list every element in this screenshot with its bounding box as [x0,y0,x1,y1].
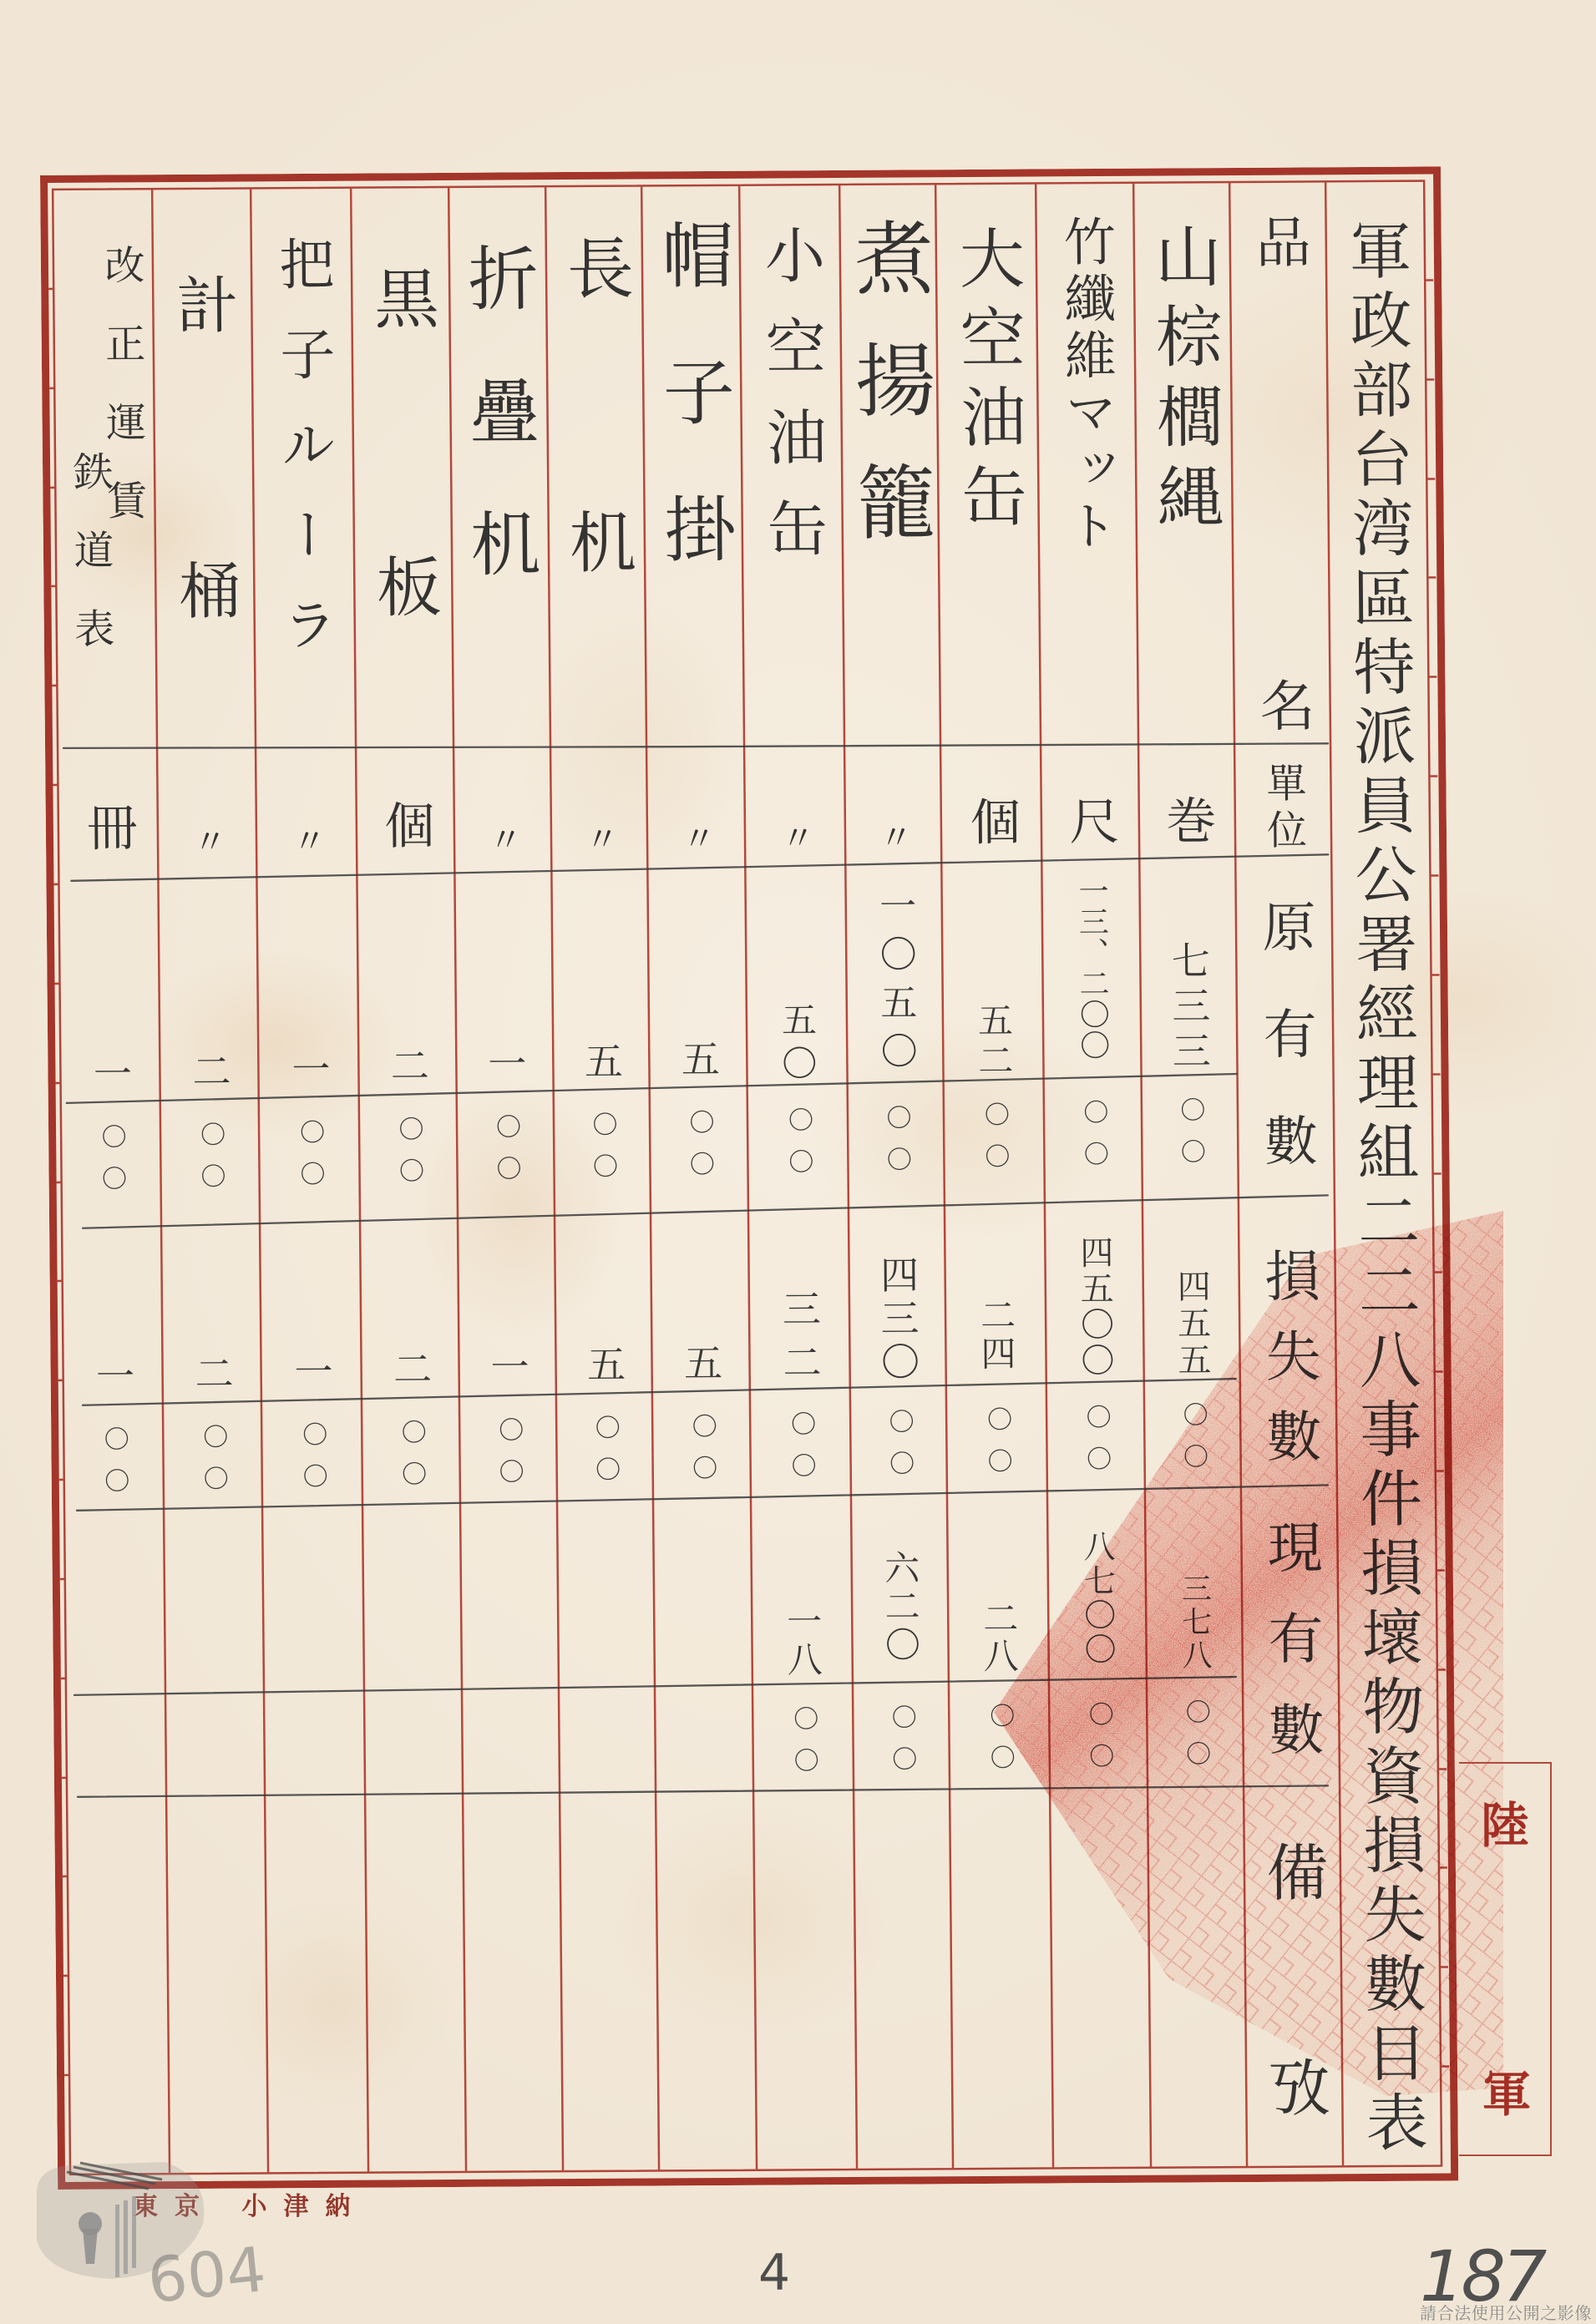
header-remarks: 備攷 [1261,1840,1327,2271]
current-qty-main: 六二〇 [882,1549,918,1664]
item-unit: 冊 [83,801,134,851]
loss-qty-main: 二 [391,1349,429,1387]
original-qty-main: 一 [91,1053,129,1091]
original-qty-fraction: 〇〇 [1080,1099,1106,1182]
loss-qty-fraction: 〇〇 [398,1419,424,1502]
original-qty-main: 七三三 [1169,940,1208,1076]
original-qty-fraction: 〇〇 [493,1113,519,1197]
item-unit-ditto: 〃 [290,823,323,857]
current-qty-fraction: 〇〇 [986,1703,1012,1786]
loss-qty-main: 一 [291,1351,330,1390]
item-unit-ditto: 〃 [190,824,224,858]
header-original-qty: 原有數 [1257,899,1313,1219]
original-qty-main: 五 [582,1041,621,1080]
item-name: 山棕櫚縄 [1148,221,1218,543]
item-name: 煮揚籠 [848,216,931,583]
loss-qty-fraction: 〇〇 [984,1406,1010,1490]
loss-qty-fraction: 〇〇 [299,1421,325,1505]
loss-qty-main: 二 [192,1354,231,1392]
item-unit-ditto: 〃 [778,820,812,853]
army-box-char-bottom: 軍 [1482,2070,1531,2119]
header-loss-qty: 損失數 [1259,1247,1317,1487]
original-qty-fraction: 〇〇 [98,1123,124,1207]
original-qty-main: 一 [485,1043,524,1081]
item-name: 小空油缶 [760,224,823,588]
item-name: 把子ルーラ [274,235,333,686]
original-qty-fraction: 〇〇 [589,1111,615,1195]
pencil-number-left: 604 [145,2239,269,2312]
loss-qty-fraction: 〇〇 [689,1413,715,1496]
loss-qty-main: 五 [585,1344,623,1383]
header-unit: 單位 [1263,762,1304,856]
item-unit-ditto: 〃 [486,822,519,855]
item-name: 竹纖維マット [1059,215,1114,555]
current-qty-main: 八七〇〇 [1081,1530,1113,1667]
original-qty-main: 二 [388,1046,427,1084]
item-unit-ditto: 〃 [679,821,712,854]
current-qty-fraction: 〇〇 [889,1704,915,1788]
item-unit: 巻 [1162,794,1213,844]
original-qty-main: 五二 [975,1002,1011,1082]
item-unit: 尺 [1065,795,1116,845]
original-qty-fraction: 〇〇 [296,1119,322,1203]
loss-qty-main: 五 [681,1343,720,1381]
current-qty-fraction: 〇〇 [1086,1701,1112,1785]
archive-number: 187 [1420,2241,1543,2311]
army-box-char-top: 陸 [1481,1801,1529,1850]
original-qty-fraction: 〇〇 [197,1121,223,1205]
item-unit: 個 [380,799,431,849]
army-seal-box: 陸 軍 [1459,1762,1552,2156]
page-number: 4 [758,2248,790,2298]
item-unit-ditto: 〃 [582,822,616,855]
original-qty-main: 五 [679,1039,717,1077]
current-qty-main: 一八 [784,1602,820,1679]
item-name: 長机 [560,234,632,782]
loss-qty-main: 四五〇〇 [1077,1235,1112,1379]
original-qty-main: 二 [190,1051,228,1090]
loss-qty-fraction: 〇〇 [886,1409,912,1492]
loss-qty-main: 四三〇 [878,1254,917,1385]
loss-qty-main: 一 [94,1355,132,1394]
item-name: 計桶 [171,273,238,844]
loss-qty-main: 三二 [780,1289,819,1395]
item-name: 大空油缶 [954,225,1021,542]
original-qty-main: 一三、二〇〇 [1076,875,1107,1061]
document-title: 軍政部台湾區特派員公署經理組二二八事件損壞物資損失數目表 [1345,219,1423,2159]
loss-qty-fraction: 〇〇 [592,1415,618,1498]
item-name: 帽子掛 [655,218,730,630]
header-current-qty: 現有數 [1262,1518,1320,1791]
ruled-form: 軍政部台湾區特派員公署經理組二二八事件損壞物資損失數目表 品名 單位 原有數 損… [40,166,1458,2190]
original-qty-fraction: 〇〇 [1177,1096,1203,1180]
loss-qty-fraction: 〇〇 [1179,1401,1205,1485]
original-qty-main: 一 [289,1049,327,1087]
loss-qty-fraction: 〇〇 [788,1410,813,1494]
current-qty-main: 二八 [980,1600,1016,1675]
form-ruling [40,166,1458,2190]
original-qty-main: 一〇五〇 [875,886,914,1080]
original-qty-fraction: 〇〇 [686,1109,712,1192]
original-qty-fraction: 〇〇 [395,1116,421,1199]
loss-qty-fraction: 〇〇 [1083,1404,1109,1487]
loss-qty-main: 四五五 [1174,1268,1208,1379]
original-qty-main: 五〇 [779,1001,815,1088]
loss-qty-main: 一 [488,1346,526,1385]
item-name: 黒板 [367,265,438,841]
current-qty-main: 三七八 [1178,1572,1209,1673]
loss-qty-main: 二四 [978,1297,1014,1374]
current-qty-fraction: 〇〇 [790,1705,816,1789]
watermark-text: 請合法使用公開之影像 [1420,2305,1592,2321]
original-qty-fraction: 〇〇 [883,1105,909,1188]
loss-qty-fraction: 〇〇 [101,1425,127,1509]
original-qty-fraction: 〇〇 [981,1101,1007,1185]
original-qty-fraction: 〇〇 [785,1106,811,1190]
document-page: 軍政部台湾區特派員公署經理組二二八事件損壞物資損失數目表 品名 單位 原有數 損… [0,0,1596,2324]
loss-qty-fraction: 〇〇 [495,1416,521,1500]
item-unit: 個 [966,796,1017,846]
loss-qty-fraction: 〇〇 [200,1424,225,1507]
item-name: 折疊机 [463,241,536,640]
item-unit-ditto: 〃 [876,819,909,853]
current-qty-fraction: 〇〇 [1183,1699,1208,1782]
